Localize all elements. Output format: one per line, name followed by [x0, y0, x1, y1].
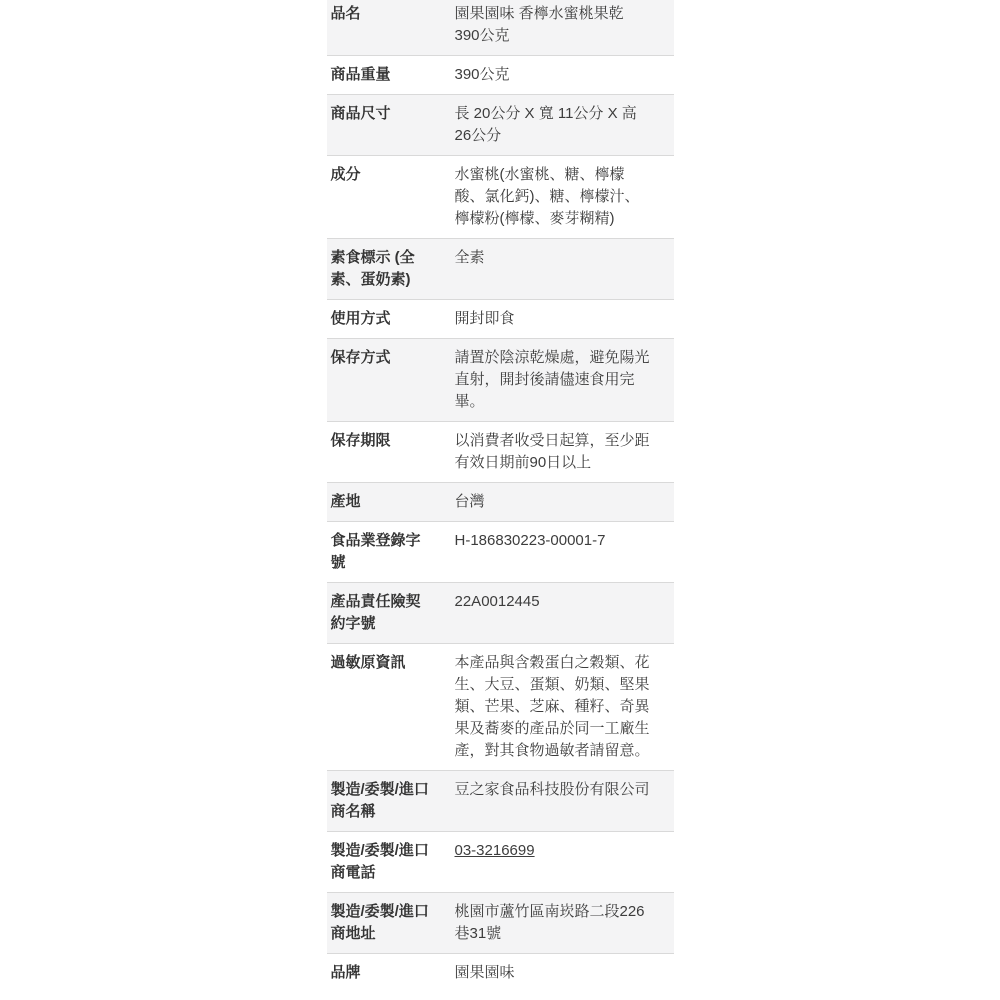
product-weight-value: 390公克 — [447, 56, 674, 94]
spec-row-brand: 品牌 園果園味 — [327, 954, 674, 992]
vegetarian-label-value: 全素 — [447, 239, 674, 299]
spec-label: 商品尺寸 — [327, 95, 447, 155]
product-name-value: 園果園味 香檸水蜜桃果乾 390公克 — [447, 0, 674, 55]
spec-label: 成分 — [327, 156, 447, 238]
spec-label: 製造/委製/進口 商地址 — [327, 893, 447, 953]
spec-label: 使用方式 — [327, 300, 447, 338]
spec-row-product-weight: 商品重量 390公克 — [327, 56, 674, 95]
manufacturer-phone-link[interactable]: 03-3216699 — [455, 842, 535, 859]
spec-label: 過敏原資訊 — [327, 644, 447, 770]
spec-row-usage-method: 使用方式 開封即食 — [327, 300, 674, 339]
spec-row-origin: 產地 台灣 — [327, 483, 674, 522]
spec-label: 品名 — [327, 0, 447, 55]
spec-label: 品牌 — [327, 954, 447, 992]
spec-row-product-name: 品名 園果園味 香檸水蜜桃果乾 390公克 — [327, 0, 674, 56]
spec-label: 保存方式 — [327, 339, 447, 421]
spec-row-product-liability-insurance-number: 產品責任險契 約字號 22A0012445 — [327, 583, 674, 644]
spec-label: 製造/委製/進口 商電話 — [327, 832, 447, 892]
spec-row-manufacturer-phone: 製造/委製/進口 商電話 03-3216699 — [327, 832, 674, 893]
product-spec-table: 品名 園果園味 香檸水蜜桃果乾 390公克 商品重量 390公克 商品尺寸 長 … — [327, 0, 674, 992]
manufacturer-address-value: 桃園市蘆竹區南崁路二段226 巷31號 — [447, 893, 674, 953]
manufacturer-name-value: 豆之家食品科技股份有限公司 — [447, 771, 674, 831]
spec-row-manufacturer-address: 製造/委製/進口 商地址 桃園市蘆竹區南崁路二段226 巷31號 — [327, 893, 674, 954]
spec-row-shelf-life: 保存期限 以消費者收受日起算，至少距 有效日期前90日以上 — [327, 422, 674, 483]
origin-value: 台灣 — [447, 483, 674, 521]
spec-label: 商品重量 — [327, 56, 447, 94]
spec-row-manufacturer-name: 製造/委製/進口 商名稱 豆之家食品科技股份有限公司 — [327, 771, 674, 832]
food-business-registration-number-value: H-186830223-00001-7 — [447, 522, 674, 582]
spec-row-vegetarian-label: 素食標示 (全 素、蛋奶素) 全素 — [327, 239, 674, 300]
spec-label: 製造/委製/進口 商名稱 — [327, 771, 447, 831]
usage-method-value: 開封即食 — [447, 300, 674, 338]
spec-row-allergen-info: 過敏原資訊 本產品與含穀蛋白之穀類、花 生、大豆、蛋類、奶類、堅果 類、芒果、芝… — [327, 644, 674, 771]
spec-row-storage-method: 保存方式 請置於陰涼乾燥處，避免陽光 直射，開封後請儘速食用完 畢。 — [327, 339, 674, 422]
spec-label: 產品責任險契 約字號 — [327, 583, 447, 643]
spec-row-product-dimensions: 商品尺寸 長 20公分 X 寬 11公分 X 高 26公分 — [327, 95, 674, 156]
spec-label: 產地 — [327, 483, 447, 521]
product-dimensions-value: 長 20公分 X 寬 11公分 X 高 26公分 — [447, 95, 674, 155]
ingredients-value: 水蜜桃(水蜜桃、糖、檸檬 酸、氯化鈣)、糖、檸檬汁、 檸檬粉(檸檬、麥芽糊精) — [447, 156, 674, 238]
spec-row-ingredients: 成分 水蜜桃(水蜜桃、糖、檸檬 酸、氯化鈣)、糖、檸檬汁、 檸檬粉(檸檬、麥芽糊… — [327, 156, 674, 239]
allergen-info-value: 本產品與含穀蛋白之穀類、花 生、大豆、蛋類、奶類、堅果 類、芒果、芝麻、種籽、奇… — [447, 644, 674, 770]
spec-row-food-business-registration-number: 食品業登錄字 號 H-186830223-00001-7 — [327, 522, 674, 583]
storage-method-value: 請置於陰涼乾燥處，避免陽光 直射，開封後請儘速食用完 畢。 — [447, 339, 674, 421]
spec-label: 素食標示 (全 素、蛋奶素) — [327, 239, 447, 299]
product-liability-insurance-number-value: 22A0012445 — [447, 583, 674, 643]
spec-label: 保存期限 — [327, 422, 447, 482]
brand-value: 園果園味 — [447, 954, 674, 992]
shelf-life-value: 以消費者收受日起算，至少距 有效日期前90日以上 — [447, 422, 674, 482]
spec-label: 食品業登錄字 號 — [327, 522, 447, 582]
manufacturer-phone-cell: 03-3216699 — [447, 832, 674, 892]
